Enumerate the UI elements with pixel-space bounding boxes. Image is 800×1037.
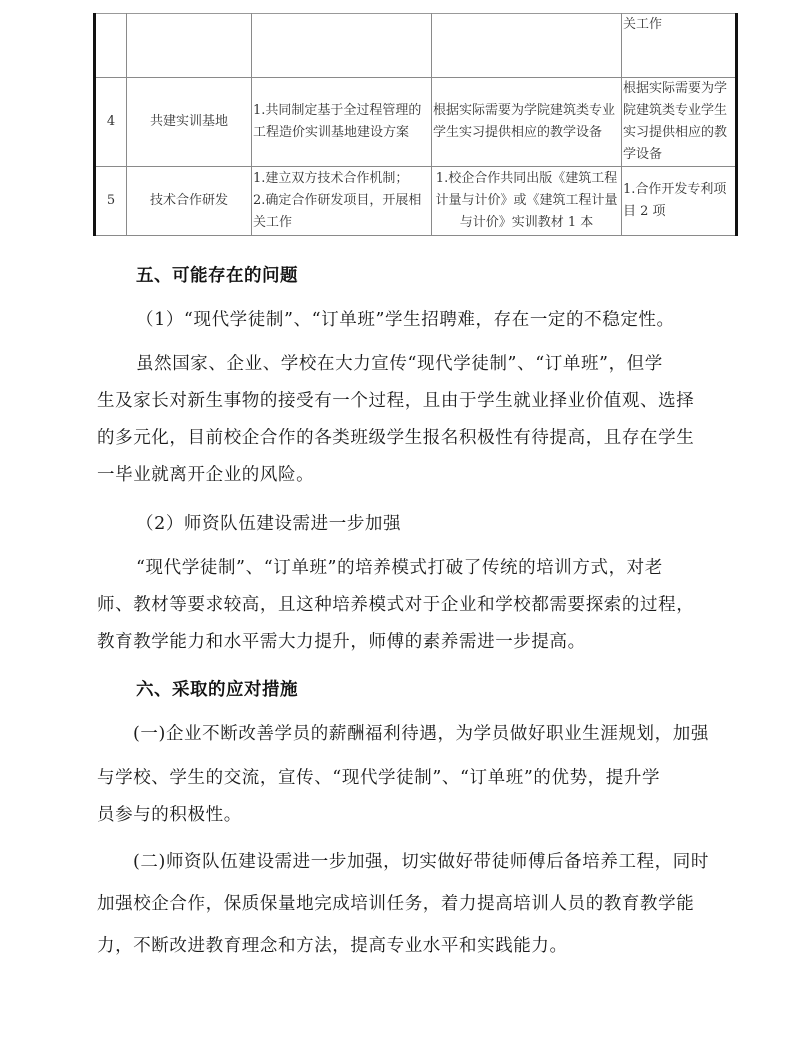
item-content: 1.建立双方技术合作机制； 2.确定合作研发项目，开展相关工作 [252,167,432,236]
section-heading: 六、采取的应对措施 [136,676,298,701]
cooperation-table: 关工作 4 共建实训基地 1.共同制定基于全过程管理的工程造价实训基地建设方案 … [93,13,738,236]
item-target: 根据实际需要为学院建筑类专业学生实习提供相应的教学设备 [432,78,622,167]
row-number: 4 [95,78,127,167]
paragraph-line: “现代学徒制”、“订单班”的培养模式打破了传统的培训方式，对老 [136,554,663,579]
paragraph-line: (一)企业不断改善学员的薪酬福利待遇，为学员做好职业生涯规划，加强 [133,720,709,745]
item-target [432,14,622,78]
paragraph-line: 教育教学能力和水平需大力提升，师傅的素养需进一步提高。 [97,628,586,653]
paragraph-line: 员参与的积极性。 [97,801,242,826]
item-target: 1.校企合作共同出版《建筑工程计量与计价》或《建筑工程计量与计价》实训教材 1 … [432,167,622,236]
row-number [95,14,127,78]
item-content: 1.共同制定基于全过程管理的工程造价实训基地建设方案 [252,78,432,167]
table-row: 5 技术合作研发 1.建立双方技术合作机制； 2.确定合作研发项目，开展相关工作… [95,167,737,236]
paragraph-line: 一毕业就离开企业的风险。 [97,461,314,486]
subheading: （1）“现代学徒制”、“订单班”学生招聘难，存在一定的不稳定性。 [136,306,675,331]
paragraph-line: 加强校企合作，保质保量地完成培训任务，着力提高培训人员的教育教学能 [97,890,694,915]
subheading: （2）师资队伍建设需进一步加强 [136,510,401,535]
item-result: 根据实际需要为学院建筑类专业学生实习提供相应的教学设备 [622,78,737,167]
document-page: 关工作 4 共建实训基地 1.共同制定基于全过程管理的工程造价实训基地建设方案 … [0,0,800,1037]
paragraph-line: 师、教材等要求较高，且这种培养模式对于企业和学校都需要探索的过程， [97,591,694,616]
paragraph-line: 虽然国家、企业、学校在大力宣传“现代学徒制”、“订单班”，但学 [136,350,663,375]
paragraph-line: 与学校、学生的交流，宣传、“现代学徒制”、“订单班”的优势，提升学 [97,764,660,789]
content-line: 2.确定合作研发项目，开展相关工作 [253,190,430,234]
content-line: 1.建立双方技术合作机制； [253,168,430,190]
paragraph-line: 生及家长对新生事物的接受有一个过程，且由于学生就业择业价值观、选择 [97,387,694,412]
table-row: 关工作 [95,14,737,78]
section-heading: 五、可能存在的问题 [136,262,298,287]
paragraph-line: 力，不断改进教育理念和方法，提高专业水平和实践能力。 [97,932,568,957]
item-result: 1.合作开发专利项目 2 项 [622,167,737,236]
paragraph-line: 的多元化，目前校企合作的各类班级学生报名积极性有待提高，且存在学生 [97,424,694,449]
item-name: 技术合作研发 [127,167,252,236]
item-name: 共建实训基地 [127,78,252,167]
paragraph-line: (二)师资队伍建设需进一步加强，切实做好带徒师傅后备培养工程，同时 [133,848,709,873]
item-content [252,14,432,78]
row-number: 5 [95,167,127,236]
item-result: 关工作 [622,14,737,78]
item-name [127,14,252,78]
table-row: 4 共建实训基地 1.共同制定基于全过程管理的工程造价实训基地建设方案 根据实际… [95,78,737,167]
